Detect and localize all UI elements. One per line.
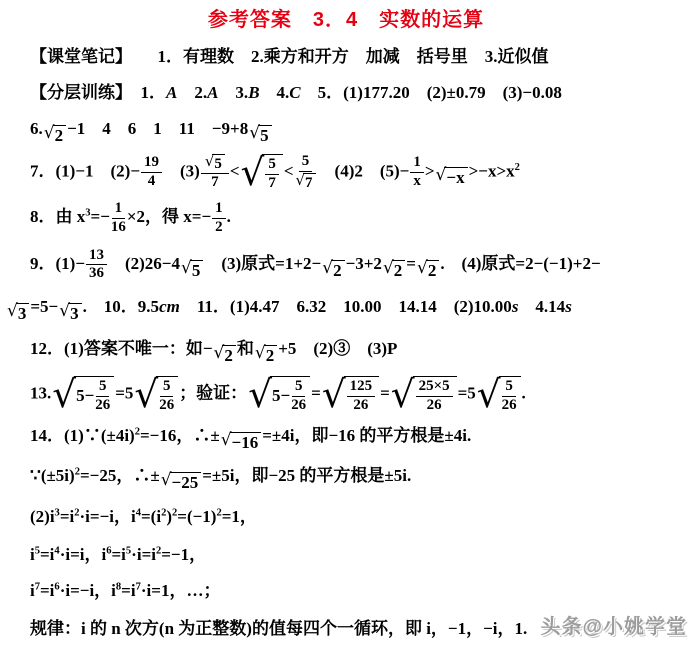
radical: √2 [322, 260, 344, 281]
fraction: 12526 [347, 379, 375, 413]
fraction: 25×526 [416, 379, 453, 413]
radical: √3 [59, 303, 81, 324]
radical: √5 [249, 125, 271, 146]
fraction: 12 [212, 201, 225, 235]
answer-sheet: 参考答案 3．4 实数的运算 【课堂笔记】 1．有理数 2.乘方和开方 加减 括… [0, 0, 692, 645]
fraction: 526 [502, 379, 517, 413]
fraction: 57 [265, 157, 278, 191]
answer-8: 8．由 x3=−116×2，得 x=−12. [30, 201, 692, 235]
fraction: 526 [291, 379, 306, 413]
radical: √5 [205, 154, 225, 172]
radical-sign-icon: √ [52, 376, 76, 413]
answer-14-part2c: i7=i6·i=−i，i8=i7·i=1，…； [30, 580, 692, 602]
answer-7: 7．(1)−1 (2)−194 (3)√57<√57<5√7 (4)2 (5)−… [30, 154, 692, 191]
radical-sign-icon: √ [322, 376, 346, 413]
radical: √5−526 [248, 376, 310, 413]
radical: √5 [181, 260, 203, 281]
radical: √−x [436, 167, 468, 188]
radical: √57 [241, 154, 283, 191]
document-body: 【课堂笔记】 1．有理数 2.乘方和开方 加减 括号里 3.近似值【分层训练】 … [0, 46, 692, 641]
radical-sign-icon: √ [241, 154, 265, 191]
radical: √2 [214, 345, 236, 366]
answer-6: 6.√2−1 4 6 1 11 −9+8√5 [30, 118, 692, 146]
watermark: 头条@小姚学堂 [540, 610, 687, 639]
radical: √7 [296, 173, 316, 191]
answer-13: 13.√5−526=5√526；验证：√5−526=√12526=√25×526… [30, 376, 692, 413]
answer-9: 9．(1)−1336 (2)26−4√5 (3)原式=1+2−√2−3+2√2=… [30, 248, 692, 282]
answer-9-continuation-10-11: √3=5−√3. 10．9.5cm 11．(1)4.47 6.32 10.00 … [6, 296, 692, 324]
radical: √−25 [161, 472, 202, 493]
radical: √526 [477, 376, 521, 413]
radical-sign-icon: √ [477, 376, 501, 413]
fraction: 1336 [86, 248, 107, 282]
radical: √2 [44, 125, 66, 146]
radical: √25×526 [391, 376, 457, 413]
document-page: { "page": { "background": "#ffffff", "te… [0, 0, 692, 645]
answer-14-part2: (2)i3=i2·i=−i，i4=(i2)2=(−1)2=1， [30, 506, 692, 528]
radical: √5−526 [52, 376, 114, 413]
fraction: 194 [141, 155, 162, 189]
radical: √12526 [322, 376, 379, 413]
answer-14-part1b: ∵(±5i)2=−25，∴±√−25=±5i，即−25 的平方根是±5i. [30, 465, 692, 493]
radical-sign-icon: √ [391, 376, 415, 413]
fraction: √57 [201, 154, 229, 191]
fraction: 1x [410, 155, 423, 189]
radical: √526 [134, 376, 178, 413]
radical-sign-icon: √ [134, 376, 158, 413]
fraction: 526 [159, 379, 174, 413]
answer-14-part2b: i5=i4·i=i，i6=i5·i=i2=−1， [30, 544, 692, 566]
radical: √2 [417, 260, 439, 281]
radical-sign-icon: √ [248, 376, 272, 413]
training-answers-line: 【分层训练】 1．A 2.A 3.B 4.C 5．(1)177.20 (2)±0… [30, 82, 692, 104]
answer-14-part1: 14．(1)∵(±4i)2=−16，∴±√−16=±4i，即−16 的平方根是±… [30, 425, 692, 453]
radical: √3 [7, 303, 29, 324]
fraction: 5√7 [295, 154, 317, 191]
fraction: 526 [95, 379, 110, 413]
fraction: 116 [111, 201, 126, 235]
answer-12: 12．(1)答案不唯一：如−√2和√2+5 (2)③ (3)P [30, 338, 692, 366]
classroom-notes-line: 【课堂笔记】 1．有理数 2.乘方和开方 加减 括号里 3.近似值 [30, 46, 692, 68]
radical: √2 [383, 260, 405, 281]
radical: √−16 [221, 432, 262, 453]
page-title: 参考答案 3．4 实数的运算 [0, 0, 692, 32]
radical: √2 [255, 345, 277, 366]
